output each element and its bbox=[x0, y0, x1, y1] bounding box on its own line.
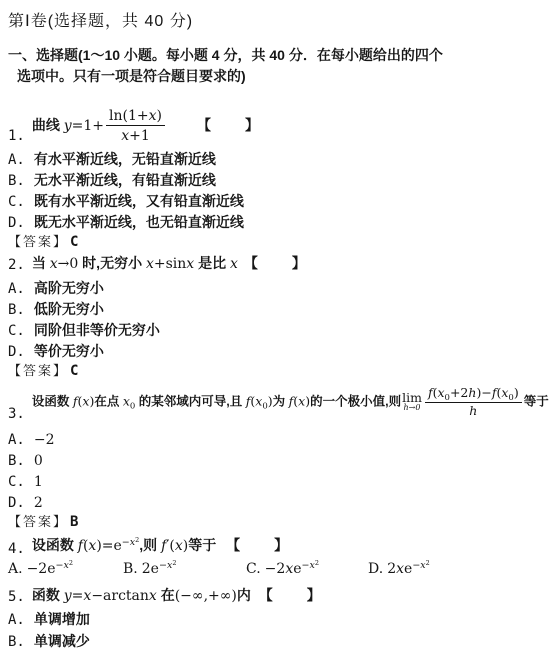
option-row-4b: B.2e−x2 bbox=[123, 560, 176, 577]
option-row-5b: B. 单调减少 bbox=[8, 630, 547, 652]
answer-value: B bbox=[70, 513, 78, 532]
option-row-1a: A. 有水平渐近线，无铅直渐近线 bbox=[8, 149, 547, 170]
option-label: B. bbox=[8, 451, 25, 472]
option-row-2a: A. 高阶无穷小 bbox=[8, 278, 547, 299]
question-5-options: A. 单调增加 B. 单调减少 bbox=[8, 608, 547, 652]
option-label: D. bbox=[8, 342, 25, 363]
answer-value: C bbox=[70, 362, 78, 381]
answer-label: 【答案】 bbox=[8, 362, 68, 381]
question-1-stem: 1. 曲线 y=1+ln(1+x)x+1【 】 bbox=[8, 107, 547, 145]
answer-value: C bbox=[70, 233, 78, 252]
option-label: C. bbox=[8, 321, 25, 342]
option-row-3c: C. 1 bbox=[8, 471, 547, 492]
page-title: 第Ⅰ卷(选择题，共 40 分) bbox=[8, 8, 547, 28]
option-row-3b: B. 0 bbox=[8, 450, 547, 471]
question-4-stem: 4. 设函数 f(x)=e−x2,则 f′(x)等于 【 】 bbox=[8, 532, 547, 558]
option-label: D. bbox=[8, 213, 25, 234]
option-label: C. bbox=[8, 192, 25, 213]
option-row-3d: D. 2 bbox=[8, 492, 547, 513]
option-label: A. bbox=[8, 150, 25, 171]
question-2-options: A. 高阶无穷小 B. 低阶无穷小 C. 同阶但非等价无穷小 D. 等价无穷小 bbox=[8, 278, 547, 362]
question-3-answer: 【答案】B bbox=[8, 513, 547, 532]
option-row-2c: C. 同阶但非等价无穷小 bbox=[8, 320, 547, 341]
question-3-text: 设函数 f(x)在点 x0 的某邻域内可导,且 f(x0)为 f(x)的一个极小… bbox=[32, 386, 549, 418]
question-4-number: 4. bbox=[8, 540, 25, 558]
option-label: C. bbox=[246, 561, 261, 577]
option-label: C. bbox=[8, 472, 25, 493]
question-2-number: 2. bbox=[8, 256, 25, 274]
section-intro-line-2: 选项中。只有一项是符合题目要求的) bbox=[8, 66, 547, 87]
question-2-stem: 2. 当 x→0 时,无穷小 x+sinx 是比 x【 】 bbox=[8, 252, 547, 274]
option-label: A. bbox=[8, 561, 23, 577]
option-text: 单调增加 bbox=[34, 608, 90, 630]
option-text: −2e−x2 bbox=[27, 560, 73, 576]
option-text: −2 bbox=[34, 429, 55, 451]
option-label: D. bbox=[368, 561, 383, 577]
question-5-stem: 5. 函数 y=x−arctanx 在(−∞,+∞)内 【 】 bbox=[8, 584, 547, 606]
option-text: 1 bbox=[34, 471, 43, 493]
option-text: 有水平渐近线，无铅直渐近线 bbox=[34, 149, 216, 170]
option-text: 高阶无穷小 bbox=[34, 278, 104, 299]
option-text: 既无水平渐近线，也无铅直渐近线 bbox=[34, 212, 244, 233]
answer-label: 【答案】 bbox=[8, 233, 68, 252]
option-label: B. bbox=[8, 300, 25, 321]
option-text: 既有水平渐近线，又有铅直渐近线 bbox=[34, 191, 244, 212]
option-label: A. bbox=[8, 430, 25, 451]
question-4-options: A.−2e−x2 B.2e−x2 C.−2xe−x2 D.2xe−x2 bbox=[8, 558, 547, 582]
option-text: 0 bbox=[34, 450, 43, 472]
question-3-stem: 3. 设函数 f(x)在点 x0 的某邻域内可导,且 f(x0)为 f(x)的一… bbox=[8, 381, 547, 423]
option-label: D. bbox=[8, 493, 25, 514]
question-1-number: 1. bbox=[8, 127, 25, 145]
question-4-text: 设函数 f(x)=e−x2,则 f′(x)等于 【 】 bbox=[32, 535, 290, 555]
option-row-5a: A. 单调增加 bbox=[8, 608, 547, 630]
option-text: 低阶无穷小 bbox=[34, 299, 104, 320]
option-text: 2 bbox=[34, 492, 43, 514]
option-text: 无水平渐近线，有铅直渐近线 bbox=[34, 170, 216, 191]
option-row-1b: B. 无水平渐近线，有铅直渐近线 bbox=[8, 170, 547, 191]
question-3-number: 3. bbox=[8, 405, 25, 423]
option-text: 2xe−x2 bbox=[387, 560, 430, 576]
option-text: 等价无穷小 bbox=[34, 341, 104, 362]
option-row-2b: B. 低阶无穷小 bbox=[8, 299, 547, 320]
option-row-3a: A. −2 bbox=[8, 429, 547, 450]
section-intro-line-1: 一、选择题(1～10 小题。每小题 4 分，共 40 分．在每小题给出的四个 bbox=[8, 45, 547, 66]
option-row-4d: D.2xe−x2 bbox=[368, 560, 430, 577]
exam-document: 第Ⅰ卷(选择题，共 40 分) 一、选择题(1～10 小题。每小题 4 分，共 … bbox=[0, 8, 551, 652]
question-3-options: A. −2 B. 0 C. 1 D. 2 bbox=[8, 429, 547, 513]
option-text: 2e−x2 bbox=[142, 560, 177, 576]
option-text: −2xe−x2 bbox=[265, 560, 319, 576]
question-5-number: 5. bbox=[8, 588, 25, 606]
option-label: A. bbox=[8, 279, 25, 300]
option-text: 单调减少 bbox=[34, 630, 90, 652]
option-row-1d: D. 既无水平渐近线，也无铅直渐近线 bbox=[8, 212, 547, 233]
question-2-answer: 【答案】C bbox=[8, 362, 547, 381]
option-row-1c: C. 既有水平渐近线，又有铅直渐近线 bbox=[8, 191, 547, 212]
question-1-text: 曲线 y=1+ln(1+x)x+1【 】 bbox=[32, 108, 261, 144]
option-label: B. bbox=[8, 631, 25, 652]
question-2-text: 当 x→0 时,无穷小 x+sinx 是比 x【 】 bbox=[32, 253, 308, 273]
option-label: B. bbox=[123, 561, 138, 577]
option-row-4a: A.−2e−x2 bbox=[8, 560, 73, 577]
option-row-2d: D. 等价无穷小 bbox=[8, 341, 547, 362]
option-label: A. bbox=[8, 609, 25, 631]
question-5-text: 函数 y=x−arctanx 在(−∞,+∞)内 【 】 bbox=[32, 585, 323, 605]
option-label: B. bbox=[8, 171, 25, 192]
question-1-answer: 【答案】C bbox=[8, 233, 547, 252]
option-text: 同阶但非等价无穷小 bbox=[34, 320, 160, 341]
question-1-options: A. 有水平渐近线，无铅直渐近线 B. 无水平渐近线，有铅直渐近线 C. 既有水… bbox=[8, 149, 547, 233]
option-row-4c: C.−2xe−x2 bbox=[246, 560, 319, 577]
answer-label: 【答案】 bbox=[8, 513, 68, 532]
